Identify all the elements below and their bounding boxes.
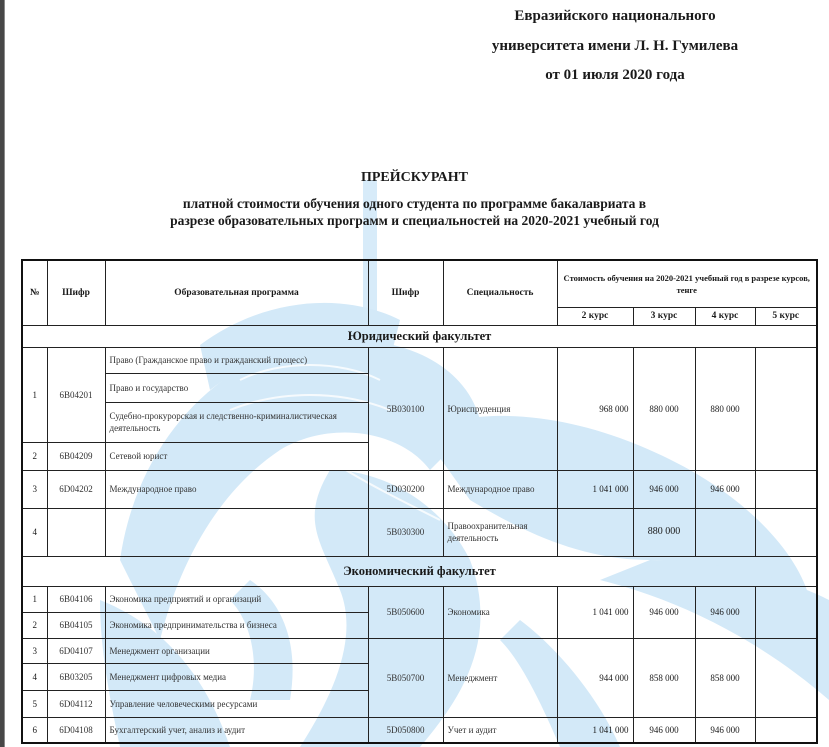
col-header-course3: 3 курс xyxy=(633,307,695,325)
specialty-code: 5D030200 xyxy=(368,470,443,508)
document-subtitle-line1: платной стоимости обучения одного студен… xyxy=(0,196,829,212)
header-line-date: от 01 июля 2020 года xyxy=(400,67,829,84)
program-name: Экономика предпринимательства и бизнеса xyxy=(105,612,368,638)
table-row: 4 5B030300 Правоохранительная деятельнос… xyxy=(22,508,817,556)
program-name: Менеджмент цифровых медиа xyxy=(105,663,368,690)
col-header-course2: 2 курс xyxy=(557,307,633,325)
program-code: 6D04112 xyxy=(47,690,105,717)
price-course2: 968 000 xyxy=(557,347,633,470)
price-course4: 880 000 xyxy=(695,347,755,470)
program-code: 6B03205 xyxy=(47,663,105,690)
price-course4: 946 000 xyxy=(695,586,755,638)
specialty-code: 5B050600 xyxy=(368,586,443,638)
col-header-cost-group: Стоимость обучения на 2020-2021 учебный … xyxy=(557,260,817,307)
col-header-code: Шифр xyxy=(47,260,105,325)
col-header-spec-code: Шифр xyxy=(368,260,443,325)
col-header-program: Образовательная программа xyxy=(105,260,368,325)
program-code: 6B04105 xyxy=(47,612,105,638)
program-name: Управление человеческими ресурсами xyxy=(105,690,368,717)
row-num: 5 xyxy=(22,690,47,717)
price-course3: 946 000 xyxy=(633,470,695,508)
price-course3: 946 000 xyxy=(633,717,695,743)
specialty-name: Международное право xyxy=(443,470,557,508)
col-header-course4: 4 курс xyxy=(695,307,755,325)
row-num: 4 xyxy=(22,663,47,690)
row-num: 2 xyxy=(22,612,47,638)
price-course5 xyxy=(755,347,817,470)
price-course3: 946 000 xyxy=(633,586,695,638)
price-course4: 946 000 xyxy=(695,717,755,743)
price-course3: 858 000 xyxy=(633,638,695,717)
price-course5 xyxy=(755,717,817,743)
price-course3: 880 000 xyxy=(633,508,695,556)
price-course2: 1 041 000 xyxy=(557,470,633,508)
specialty-name: Учет и аудит xyxy=(443,717,557,743)
price-course2: 1 041 000 xyxy=(557,586,633,638)
specialty-name: Менеджмент xyxy=(443,638,557,717)
program-name: Экономика предприятий и организаций xyxy=(105,586,368,612)
price-course3: 880 000 xyxy=(633,347,695,470)
program-name: Менеджмент организации xyxy=(105,638,368,663)
specialty-code: 5B050700 xyxy=(368,638,443,717)
col-header-specialty: Специальность xyxy=(443,260,557,325)
row-num: 6 xyxy=(22,717,47,743)
faculty-heading-economics: Экономический факультет xyxy=(22,556,817,586)
program-name: Международное право xyxy=(105,470,368,508)
price-course5 xyxy=(755,470,817,508)
program-name: Право и государство xyxy=(105,373,368,402)
row-num: 3 xyxy=(22,638,47,663)
row-num: 1 xyxy=(22,586,47,612)
program-code: 6D04108 xyxy=(47,717,105,743)
specialty-name: Экономика xyxy=(443,586,557,638)
col-header-course5: 5 курс xyxy=(755,307,817,325)
program-name: Сетевой юрист xyxy=(105,442,368,470)
viewer-left-edge-highlight xyxy=(4,0,5,747)
specialty-name: Юриспруденция xyxy=(443,347,557,470)
price-course2: 1 041 000 xyxy=(557,717,633,743)
price-course4: 946 000 xyxy=(695,470,755,508)
header-line-university: Евразийского национального xyxy=(400,8,829,25)
specialty-name: Правоохранительная деятельность xyxy=(443,508,557,556)
program-code: 6D04107 xyxy=(47,638,105,663)
price-course2 xyxy=(557,508,633,556)
program-code: 6B04209 xyxy=(47,442,105,470)
program-name xyxy=(105,508,368,556)
price-course5 xyxy=(755,586,817,638)
table-row: 6 6D04108 Бухгалтерский учет, анализ и а… xyxy=(22,717,817,743)
program-name: Бухгалтерский учет, анализ и аудит xyxy=(105,717,368,743)
row-num: 2 xyxy=(22,442,47,470)
document-subtitle-line2: разрезе образовательных программ и специ… xyxy=(0,213,829,229)
table-row: 1 6B04201 Право (Гражданское право и гра… xyxy=(22,347,817,373)
price-course2: 944 000 xyxy=(557,638,633,717)
program-name: Право (Гражданское право и гражданский п… xyxy=(105,347,368,373)
specialty-code: 5D050800 xyxy=(368,717,443,743)
document-title: ПРЕЙСКУРАНТ xyxy=(0,170,829,186)
specialty-code: 5B030100 xyxy=(368,347,443,470)
table-row: 3 6D04107 Менеджмент организации 5B05070… xyxy=(22,638,817,663)
program-code: 6D04202 xyxy=(47,470,105,508)
price-list-table: № Шифр Образовательная программа Шифр Сп… xyxy=(21,259,818,744)
program-code: 6B04201 xyxy=(47,347,105,442)
price-course4 xyxy=(695,508,755,556)
price-course4: 858 000 xyxy=(695,638,755,717)
col-header-num: № xyxy=(22,260,47,325)
price-course5 xyxy=(755,508,817,556)
table-row: 3 6D04202 Международное право 5D030200 М… xyxy=(22,470,817,508)
row-num: 1 xyxy=(22,347,47,442)
table-row: 1 6B04106 Экономика предприятий и органи… xyxy=(22,586,817,612)
program-code xyxy=(47,508,105,556)
header-line-university-name: университета имени Л. Н. Гумилева xyxy=(400,38,829,55)
program-code: 6B04106 xyxy=(47,586,105,612)
row-num: 3 xyxy=(22,470,47,508)
program-name: Судебно-прокурорская и следственно-крими… xyxy=(105,402,368,442)
specialty-code: 5B030300 xyxy=(368,508,443,556)
faculty-heading-law: Юридический факультет xyxy=(22,325,817,347)
row-num: 4 xyxy=(22,508,47,556)
price-course5 xyxy=(755,638,817,717)
